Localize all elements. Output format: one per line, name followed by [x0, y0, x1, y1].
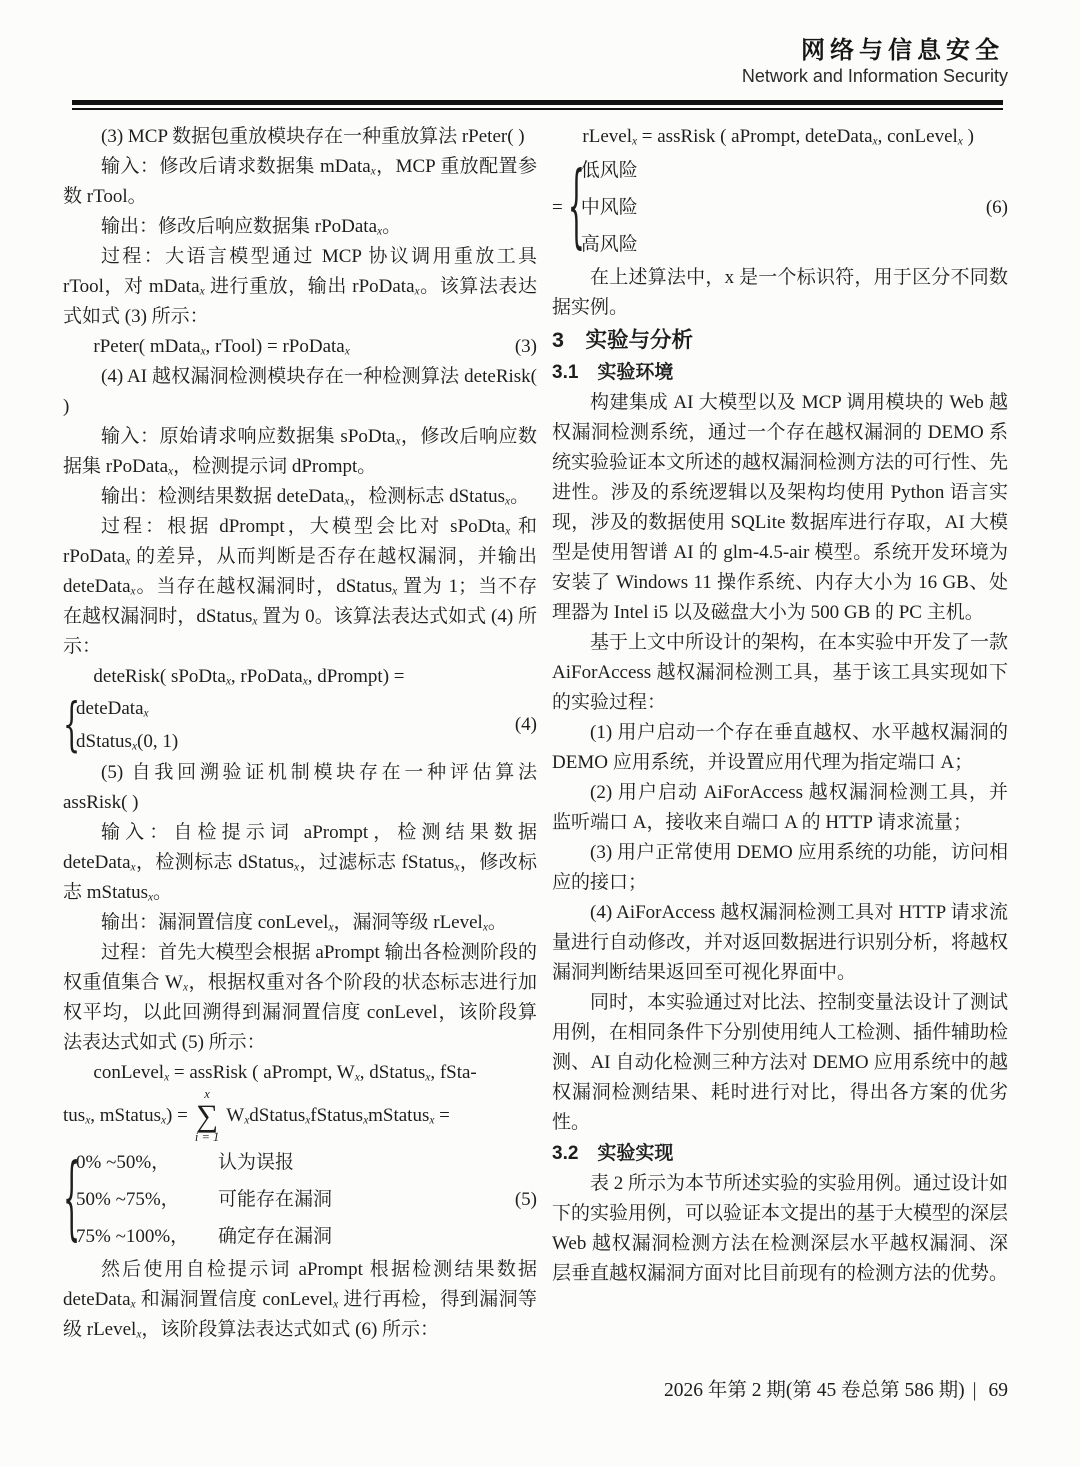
header-rule-thin: [72, 108, 1003, 110]
footer-separator: |: [973, 1376, 977, 1406]
equation-6-case-mid: 中风险: [581, 189, 978, 226]
journal-section-title-en: Network and Information Security: [742, 66, 1008, 87]
journal-section-title-zh: 网络与信息安全: [801, 30, 1004, 65]
equation-5-case-3: 75% ~100%， 确定存在漏洞: [76, 1218, 507, 1255]
experiment-case-para: 表 2 所示为本节所述实验的实验用例。通过设计如下的实验用例，可以验证本文提出的…: [552, 1169, 1008, 1289]
footer-page-number: 69: [989, 1376, 1009, 1406]
equation-4: deteRisk( sPoDtax, rPoDatax, dPrompt) = …: [63, 662, 537, 758]
sum-lower-limit: i = 1: [195, 1131, 219, 1145]
left-brace-icon: {: [63, 1154, 76, 1244]
detect-output: 输出：检测结果数据 deteDatax，检测标志 dStatusx。: [63, 482, 537, 512]
equation-5-sum-line: tusx, mStatusx) = x ∑ i = 1 WxdStatusxfS…: [63, 1088, 537, 1144]
left-brace-icon: {: [63, 696, 76, 754]
step-1-para: (1) 用户启动一个存在垂直越权、水平越权漏洞的 DEMO 应用系统，并设置应用…: [552, 718, 1008, 778]
equation-4-number: (4): [507, 710, 537, 740]
header-rule-thick: [72, 100, 1003, 105]
assess-output: 输出：漏洞置信度 conLevelx，漏洞等级 rLevelx。: [63, 908, 537, 938]
header-rule: [72, 100, 1003, 110]
equation-3: rPeter( mDatax, rTool) = rPoDatax (3): [63, 332, 537, 362]
right-column: rLevelx = assRisk ( aPrompt, deteDatax, …: [552, 122, 1008, 1289]
equation-4-head: deteRisk( sPoDtax, rPoDatax, dPrompt) =: [63, 662, 537, 692]
equation-4-case-2: dStatusx(0, 1): [76, 725, 507, 758]
equation-5-cases: { 0% ~50%， 认为误报 50% ~75%， 可能存在漏洞 75% ~10…: [63, 1144, 537, 1255]
equation-6-cases: = { 低风险 中风险 高风险 (6): [552, 152, 1008, 263]
detect-process: 过程：根据 dPrompt，大模型会比对 sPoDtax 和 rPoDatax …: [63, 512, 537, 662]
equation-6-line1: rLevelx = assRisk ( aPrompt, deteDatax, …: [552, 122, 1008, 152]
section-3-1-heading: 3.1 实验环境: [552, 357, 1008, 388]
assess-process: 过程：首先大模型会根据 aPrompt 输出各检测阶段的权重值集合 Wx，根据权…: [63, 938, 537, 1058]
detect-input: 输入：原始请求响应数据集 sPoDtax，修改后响应数据集 rPoDatax，检…: [63, 422, 537, 482]
page-footer: 2026 年第 2 期(第 45 卷总第 586 期) | 69: [552, 1376, 1008, 1406]
mcp-replay-algorithm-intro: (3) MCP 数据包重放模块存在一种重放算法 rPeter( ): [63, 122, 537, 152]
replay-process: 过程：大语言模型通过 MCP 协议调用重放工具 rTool，对 mDatax 进…: [63, 242, 537, 332]
equation-6-case-low: 低风险: [581, 152, 978, 189]
summation-icon: x ∑ i = 1: [195, 1088, 219, 1145]
equation-5-case-2: 50% ~75%， 可能存在漏洞: [76, 1181, 507, 1218]
equation-5-line2-pre: tusx, mStatusx) =: [63, 1101, 188, 1131]
equation-6-number: (6): [978, 193, 1008, 223]
equation-3-body: rPeter( mDatax, rTool) = rPoDatax: [93, 332, 349, 362]
equation-5-line1: conLevelx = assRisk ( aPrompt, Wx, dStat…: [63, 1058, 537, 1088]
equation-6-case-high: 高风险: [581, 226, 978, 263]
section-3-heading: 3 实验与分析: [552, 324, 1008, 356]
step-4-para: (4) AiForAccess 越权漏洞检测工具对 HTTP 请求流量进行自动修…: [552, 898, 1008, 988]
comparison-design-para: 同时，本实验通过对比法、控制变量法设计了测试用例，在相同条件下分别使用纯人工检测…: [552, 988, 1008, 1138]
footer-issue: 2026 年第 2 期(第 45 卷总第 586 期): [664, 1376, 965, 1406]
left-brace-icon: {: [568, 162, 581, 252]
equation-6: rLevelx = assRisk ( aPrompt, deteDatax, …: [552, 122, 1008, 263]
section-3-2-heading: 3.2 实验实现: [552, 1138, 1008, 1169]
replay-output: 输出：修改后响应数据集 rPoDatax。: [63, 212, 537, 242]
equation-5-case-1: 0% ~50%， 认为误报: [76, 1144, 507, 1181]
step-2-para: (2) 用户启动 AiForAccess 越权漏洞检测工具，并监听端口 A，接收…: [552, 778, 1008, 838]
equation-4-case-1: deteDatax: [76, 692, 507, 725]
assess-algorithm-intro: (5) 自我回溯验证机制模块存在一种评估算法 assRisk( ): [63, 758, 537, 818]
equation-3-number: (3): [515, 332, 537, 362]
step-3-para: (3) 用户正常使用 DEMO 应用系统的功能，访问相应的接口；: [552, 838, 1008, 898]
journal-page: 网络与信息安全 Network and Information Security…: [0, 0, 1080, 1466]
equation-5: conLevelx = assRisk ( aPrompt, Wx, dStat…: [63, 1058, 537, 1255]
equation-5-line2-post: WxdStatusxfStatusxmStatusx =: [226, 1101, 450, 1131]
left-column: (3) MCP 数据包重放模块存在一种重放算法 rPeter( ) 输入：修改后…: [63, 122, 537, 1345]
recheck-paragraph: 然后使用自检提示词 aPrompt 根据检测结果数据 deteDatax 和漏洞…: [63, 1255, 537, 1345]
experiment-environment-para: 构建集成 AI 大模型以及 MCP 调用模块的 Web 越权漏洞检测系统，通过一…: [552, 388, 1008, 628]
detect-algorithm-intro: (4) AI 越权漏洞检测模块存在一种检测算法 deteRisk( ): [63, 362, 537, 422]
tool-development-para: 基于上文中所设计的架构，在本实验中开发了一款 AiForAccess 越权漏洞检…: [552, 628, 1008, 718]
replay-input: 输入：修改后请求数据集 mDatax，MCP 重放配置参数 rTool。: [63, 152, 537, 212]
assess-input: 输入：自检提示词 aPrompt，检测结果数据 deteDatax，检测标志 d…: [63, 818, 537, 908]
sigma-symbol: ∑: [196, 1101, 218, 1130]
identifier-note: 在上述算法中，x 是一个标识符，用于区分不同数据实例。: [552, 263, 1008, 323]
equation-4-cases: { deteDatax dStatusx(0, 1) (4): [63, 692, 537, 758]
equation-6-equals: =: [552, 193, 563, 223]
equation-5-number: (5): [507, 1185, 537, 1215]
